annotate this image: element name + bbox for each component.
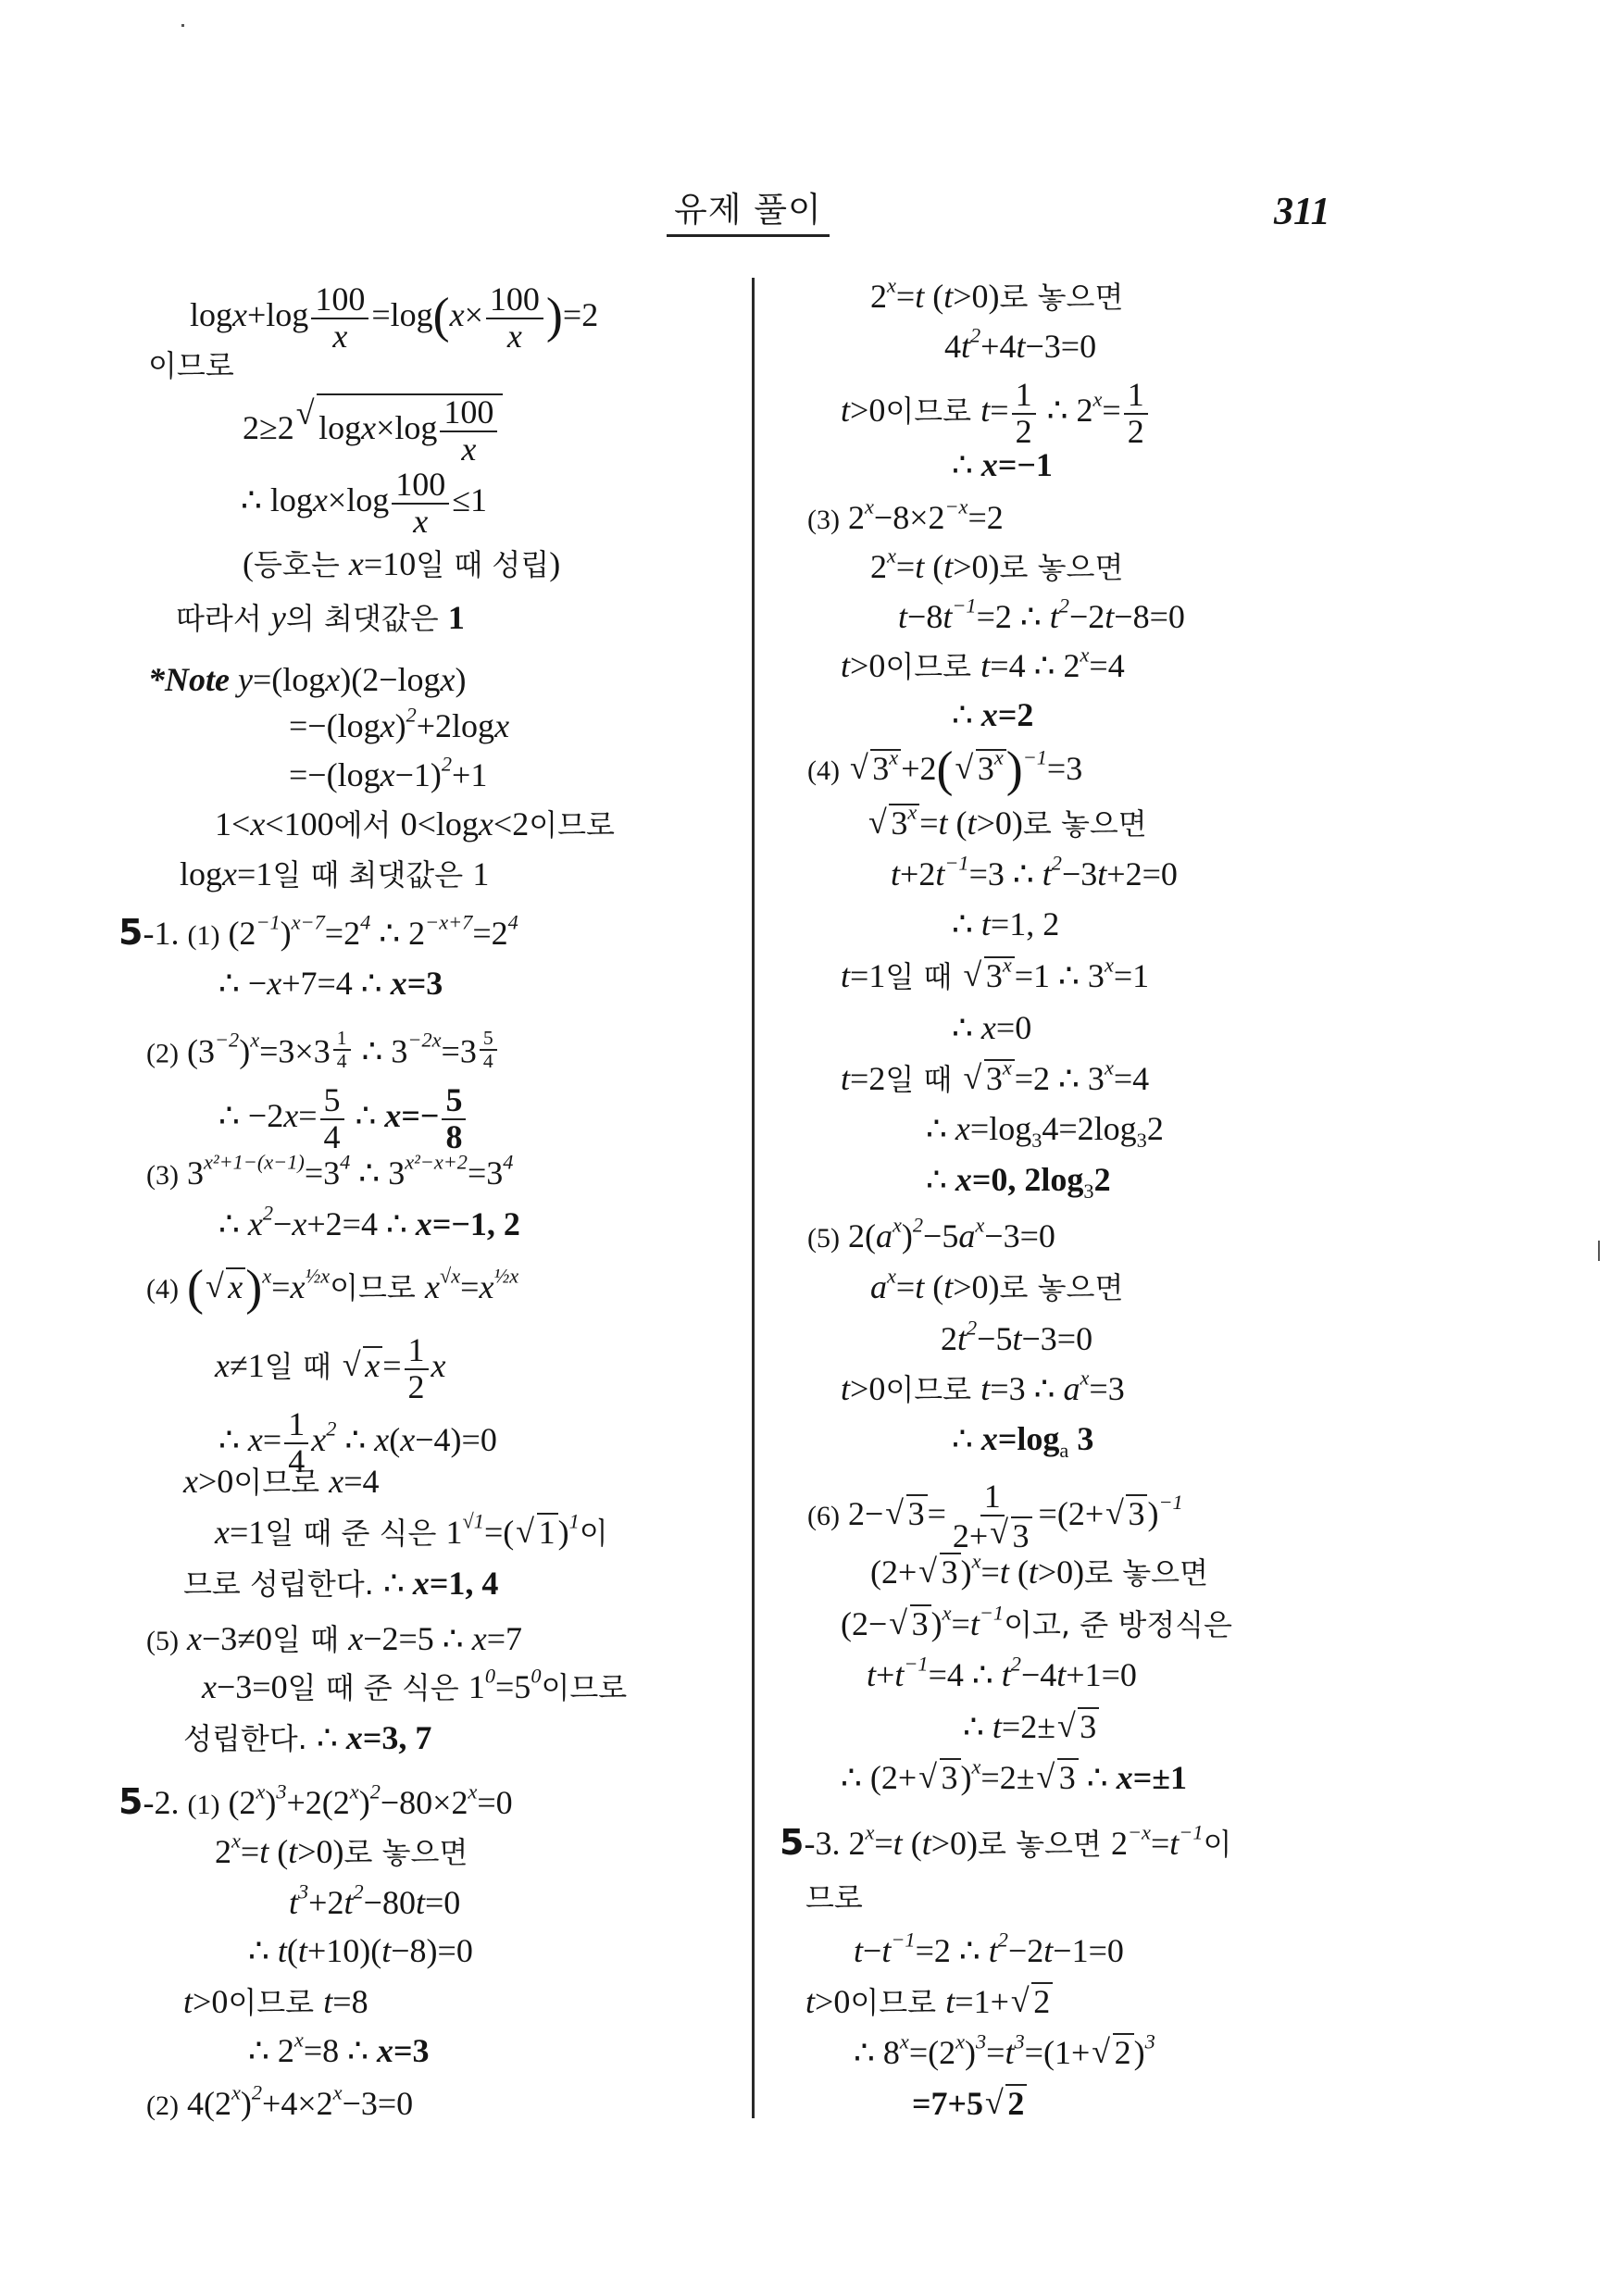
solution-line: 5-1. (1) (2−1)x−7=24 ∴ 2−x+7=24 [119,912,518,956]
solution-line: (3) 3x²+1−(x−1)=34 ∴ 3x²−x+2=34 [146,1153,513,1196]
solution-line: 2t2−5t−3=0 [941,1318,1092,1359]
solution-line: x−3=0일 때 준 식은 10=50이므로 [202,1666,627,1708]
solution-line: 성립한다. ∴ x=3, 7 [183,1717,431,1759]
solution-line: (4) (x)x=x½x이므로 x√x=x½x [146,1267,518,1310]
page-number: 311 [1274,190,1330,234]
solution-line: (4) 3x+2(3x)−1=3 [807,748,1082,792]
subproblem-label: (3) [807,505,840,535]
solution-line: ∴ x=2 [952,694,1033,735]
solution-line: 5-3. 2x=t (t>0)로 놓으면 2−x=t−1이 [780,1822,1231,1865]
subproblem-label: (6) [807,1501,840,1531]
solution-line: t>0이므로 t=12 ∴ 2x=12 [841,378,1151,450]
solution-line: ∴ −2x=54 ∴ x=−58 [218,1083,468,1155]
square-root: 3x [868,803,919,843]
solution-line: 이므로 [148,344,234,386]
solution-line: (2+3)x=t (t>0)로 놓으면 [870,1552,1208,1593]
solution-line: t+2t−1=3 ∴ t2−3t+2=0 [891,854,1178,894]
note-label: *Note [148,661,230,698]
fraction: 54 [320,1083,344,1155]
solution-line: ∴ x=log34=2log32 [926,1108,1164,1149]
fraction: 100x [392,468,449,540]
square-root: 3x [955,748,1006,789]
fraction: 12 [1124,378,1148,450]
square-root: 2 [985,2083,1027,2124]
subproblem-label: (1) [187,920,219,951]
problem-number: 5 [780,1822,804,1863]
solution-line: 2x=t (t>0)로 놓으면 [870,276,1123,318]
square-root: 2 [1011,1981,1053,2022]
solution-line: x>0이므로 x=4 [183,1461,380,1503]
fraction: 12 [405,1333,429,1405]
subproblem-label: (1) [187,1790,219,1820]
page-header-title: 유제 풀이 [667,190,830,237]
square-root: 3x [964,955,1015,996]
solution-line: ∴ logx×log100x≤1 [241,468,487,540]
solution-line: t=2일 때 3x=2 ∴ 3x=4 [841,1058,1149,1100]
subproblem-label: (4) [807,755,840,786]
solution-line: (2) 4(2x)2+4×2x−3=0 [146,2083,413,2127]
fraction: 100x [440,395,497,468]
solution-line: (등호는 x=10일 때 성립) [243,543,560,585]
solution-line: ∴ t=1, 2 [952,904,1059,944]
fraction: 12 [1012,378,1036,450]
solution-line: t>0이므로 t=1+2 [805,1981,1053,2023]
solution-line: (2−3)x=t−1이고, 준 방정식은 [841,1603,1232,1645]
scan-speck [181,24,184,27]
solution-line: t+t−1=4 ∴ t2−4t+1=0 [867,1654,1137,1695]
solution-line: ∴ x=0 [952,1007,1031,1048]
solution-line: ax=t (t>0)로 놓으면 [870,1267,1123,1308]
solution-line: =−(logx)2+2logx [289,705,509,746]
solution-line: 2x=t (t>0)로 놓으면 [870,546,1123,588]
solution-line: 따라서 y의 최댓값은 1 [176,597,465,639]
solution-line: ∴ 2x=8 ∴ x=3 [248,2030,430,2071]
solution-line: 3x=t (t>0)로 놓으면 [867,803,1147,844]
square-root: 3x [850,748,901,789]
solution-line: *Note y=(logx)(2−logx) [148,659,467,700]
square-root: x [343,1345,382,1386]
fraction: 100x [311,282,368,355]
square-root: 2 [1092,2032,1133,2073]
subproblem-label: (5) [807,1223,840,1254]
square-root: 3x [964,1058,1015,1099]
solution-line: x≠1일 때 x=12x [215,1333,446,1405]
subproblem-label: (4) [146,1274,179,1304]
solution-line: 1<x<100에서 0<logx<2이므로 [215,804,615,845]
fraction: 12+3 [949,1479,1036,1554]
solution-line: t3+2t2−80t=0 [289,1882,460,1923]
square-root: logx×log100x [296,393,504,468]
subproblem-label: (5) [146,1626,179,1656]
fraction: 54 [480,1028,497,1071]
solution-line: t>0이므로 t=8 [183,1981,368,2023]
square-root: 3 [1036,1757,1078,1798]
solution-line: t−8t−1=2 ∴ t2−2t−8=0 [898,596,1185,637]
square-root: 1 [516,1512,557,1553]
solution-line: (2) (3−2)x=3×314 ∴ 3−2x=354 [146,1028,500,1074]
solution-line: 므로 성립한다. ∴ x=1, 4 [183,1563,498,1604]
solution-line: (3) 2x−8×2−x=2 [807,497,1004,541]
scan-speck [1598,1241,1600,1261]
solution-line: 4t2+4t−3=0 [944,326,1096,367]
solution-line: logx=1일 때 최댓값은 1 [180,854,489,895]
problem-number: 5 [119,1781,143,1822]
solution-line: ∴ t=2±3 [963,1706,1099,1747]
subproblem-label: (2) [146,1038,179,1068]
solution-line: (5) x−3≠0일 때 x−2=5 ∴ x=7 [146,1618,522,1662]
solution-line: 5-2. (1) (2x)3+2(2x)2−80×2x=0 [119,1781,513,1826]
solution-line: ∴ x=−1 [952,444,1053,485]
solution-line: ∴ x=0, 2log32 [926,1159,1111,1200]
solution-line: 2≥2logx×log100x [243,393,503,468]
square-root: 3 [1057,1706,1099,1747]
square-root: 3 [918,1757,960,1798]
solution-line: t>0이므로 t=3 ∴ ax=3 [841,1368,1125,1410]
solution-line: ∴ (2+3)x=2±3 ∴ x=±1 [841,1757,1187,1798]
solution-line: ∴ −x+7=4 ∴ x=3 [218,963,443,1004]
solution-line: ∴ 8x=(2x)3=t3=(1+2)3 [854,2032,1155,2073]
solution-line: logx+log100x=log(x×100x)=2 [190,282,598,355]
solution-line: (6) 2−3=12+3=(2+3)−1 [807,1479,1183,1554]
square-root: 3 [889,1603,930,1644]
fraction: 100x [486,282,543,355]
subproblem-label: (3) [146,1160,179,1191]
solution-line: ∴ t(t+10)(t−8)=0 [248,1930,473,1971]
column-divider [752,278,755,2118]
solution-line: (5) 2(ax)2−5ax−3=0 [807,1216,1055,1259]
solution-line: 므로 [805,1877,863,1918]
square-root: 3 [1105,1493,1147,1534]
solution-line: ∴ x2−x+2=4 ∴ x=−1, 2 [218,1204,520,1244]
square-root: x [206,1267,245,1307]
problem-number: 5 [119,912,143,953]
square-root: 3 [885,1493,927,1534]
square-root: 3 [918,1552,960,1592]
solution-line: t=1일 때 3x=1 ∴ 3x=1 [841,955,1149,997]
fraction: 58 [442,1083,466,1155]
fraction: 14 [333,1028,351,1071]
solution-line: t−t−1=2 ∴ t2−2t−1=0 [854,1930,1124,1971]
solution-line: x=1일 때 준 식은 1√1=(1)1이 [215,1512,608,1554]
solution-line: =−(logx−1)2+1 [289,755,487,795]
solution-line: t>0이므로 t=4 ∴ 2x=4 [841,645,1125,687]
solution-line: =7+52 [912,2083,1027,2124]
subproblem-label: (2) [146,2090,179,2121]
solution-line: ∴ x=loga 3 [952,1418,1093,1459]
solution-line: 2x=t (t>0)로 놓으면 [215,1831,468,1873]
